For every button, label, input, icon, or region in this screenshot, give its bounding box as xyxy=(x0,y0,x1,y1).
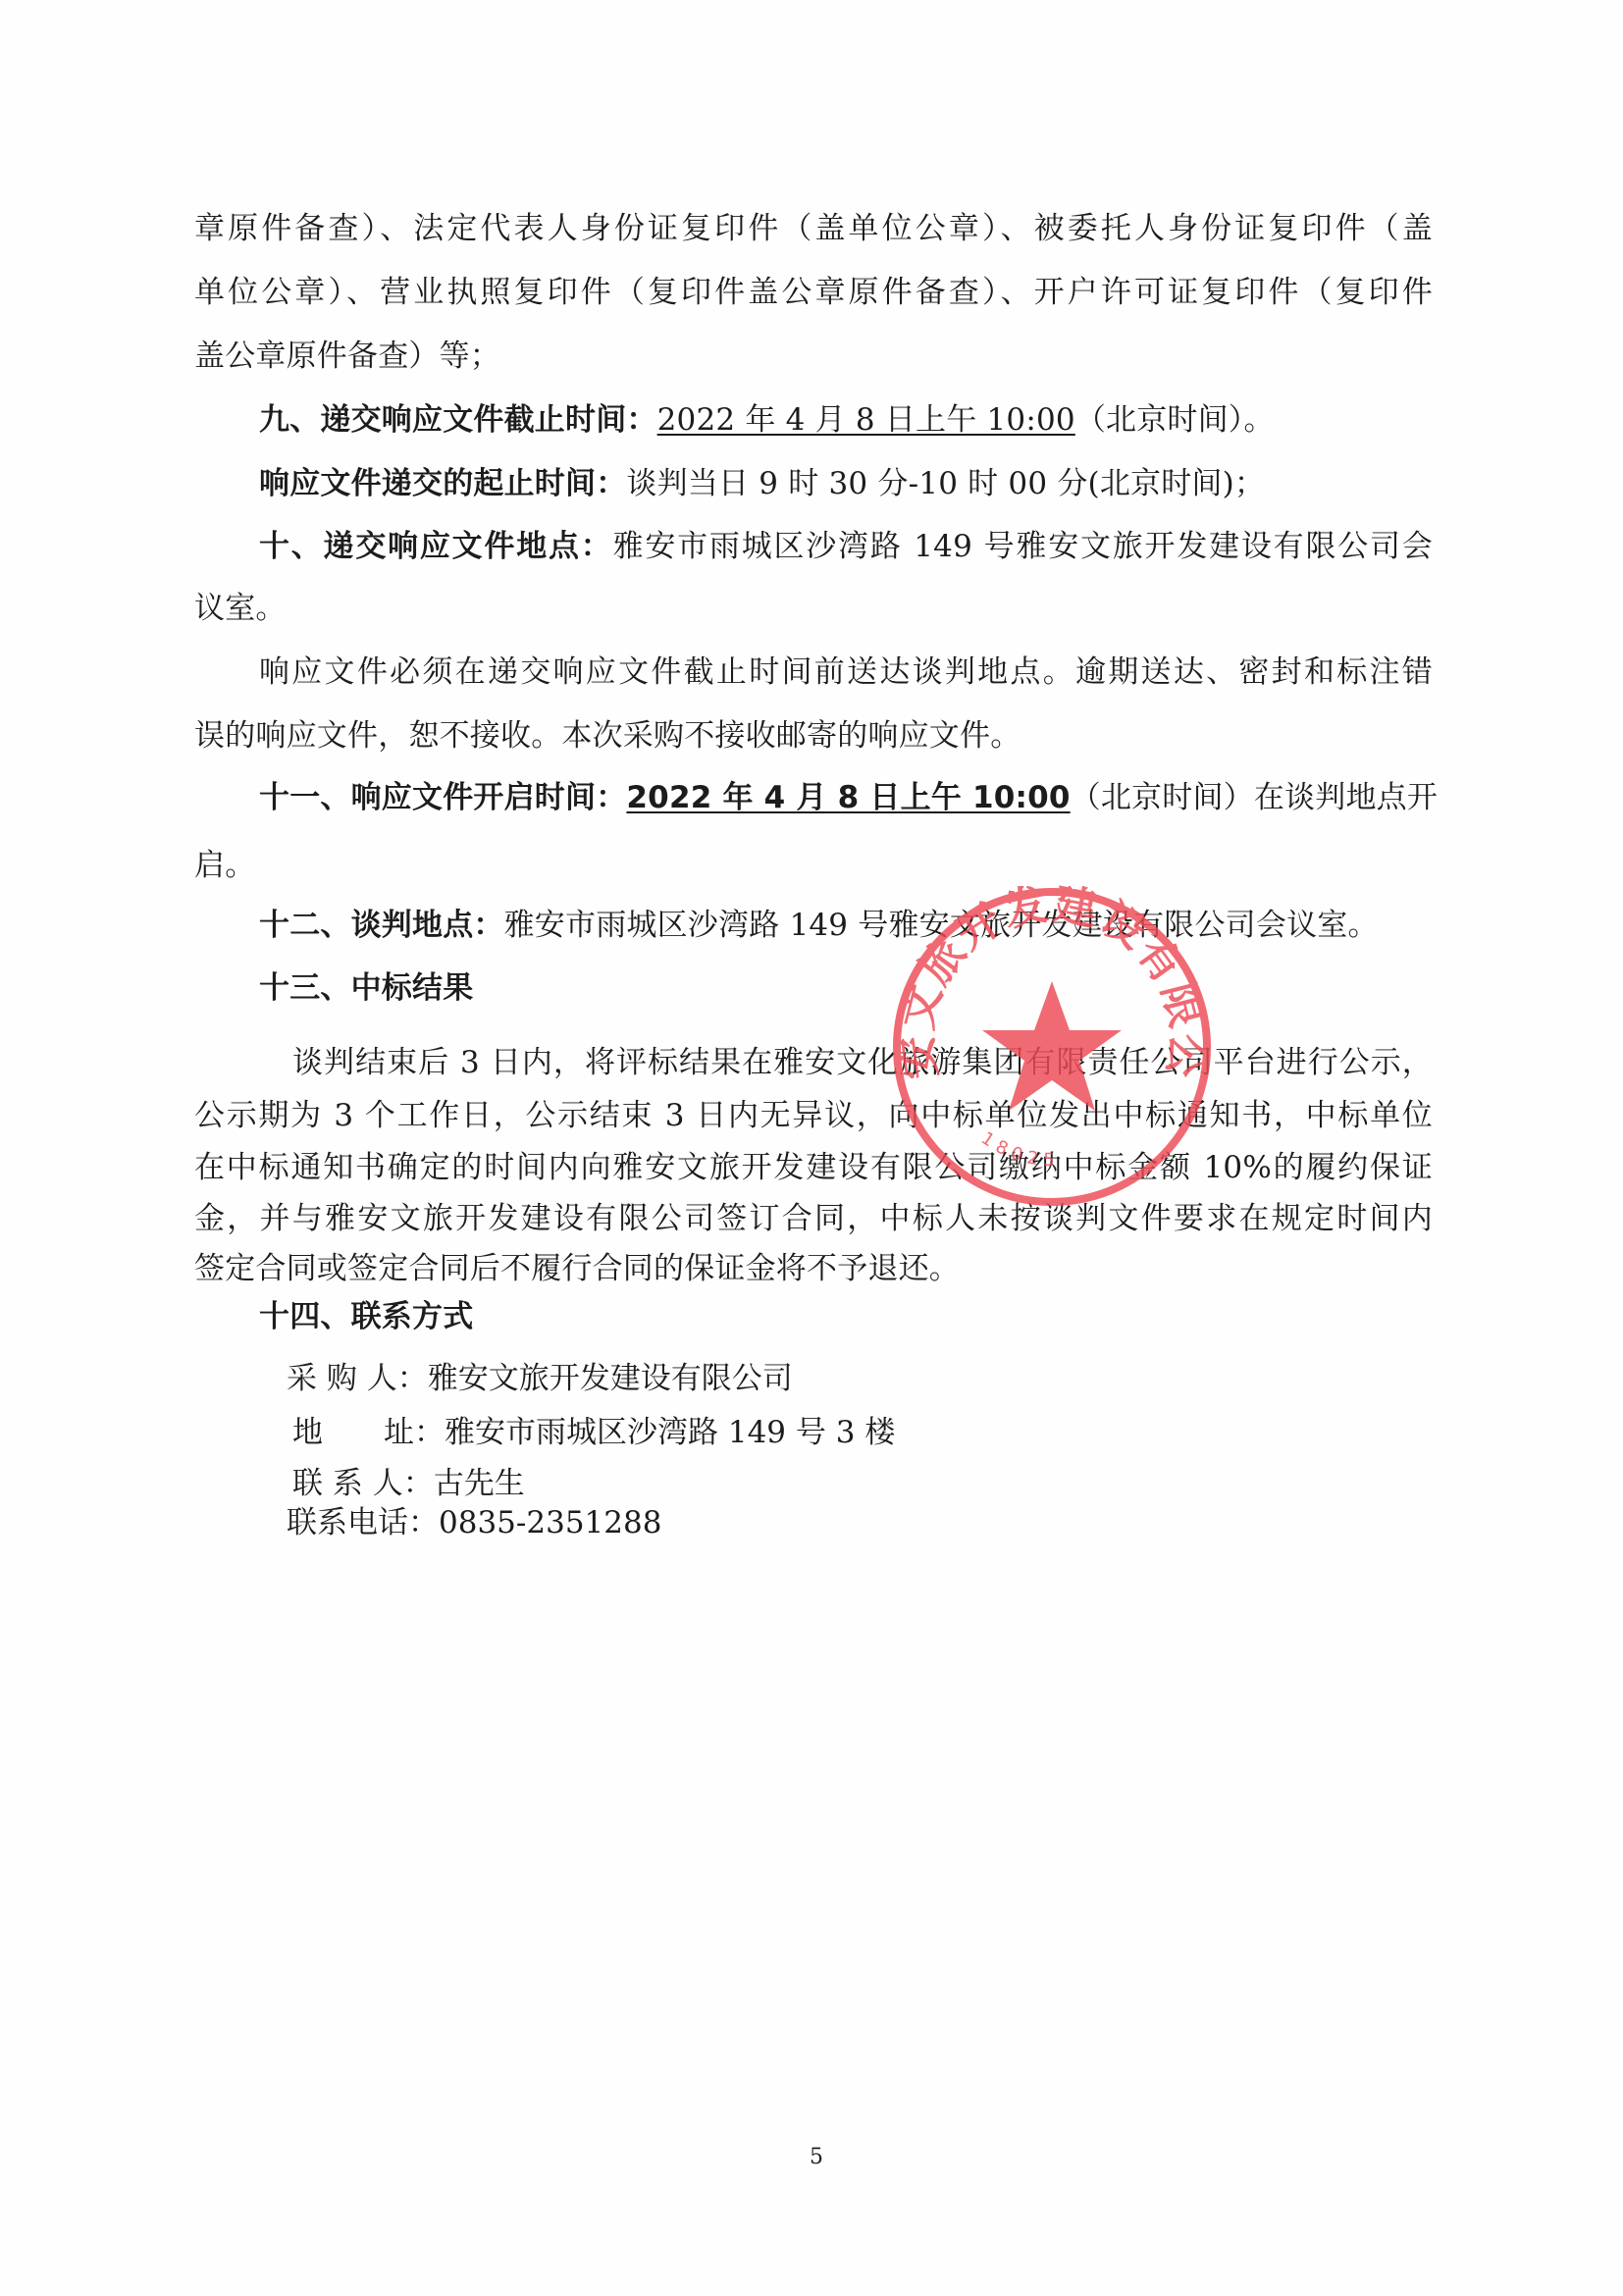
contact-phone: 联系电话：0835-2351288 xyxy=(287,1501,661,1544)
section14-heading: 十四、联系方式 xyxy=(259,1295,1433,1338)
section13-line-4: 金，并与雅安文旅开发建设有限公司签订合同，中标人未按谈判文件要求在规定时间内 xyxy=(194,1197,1433,1240)
section11-suffix: （北京时间）在谈判地点开 xyxy=(1071,780,1438,815)
section10-line-2: 议室。 xyxy=(194,587,1433,630)
section9-deadline: 2022 年 4 月 8 日上午 10:00 xyxy=(657,402,1075,438)
submission-window-value: 谈判当日 9 时 30 分-10 时 00 分(北京时间)； xyxy=(626,466,1265,501)
section13-line-2: 公示期为 3 个工作日，公示结束 3 日内无异议，向中标单位发出中标通知书，中标… xyxy=(194,1094,1433,1137)
section13-heading: 十三、中标结果 xyxy=(259,966,1433,1010)
page-number: 5 xyxy=(805,2145,828,2169)
intro-line-3: 盖公章原件备查）等； xyxy=(194,335,1433,378)
section10-heading: 十、递交响应文件地点： xyxy=(259,529,613,564)
section11-open-time: 2022 年 4 月 8 日上午 10:00 xyxy=(626,780,1070,815)
submission-note-line-2: 误的响应文件，恕不接收。本次采购不接收邮寄的响应文件。 xyxy=(194,714,1433,757)
section9-suffix: （北京时间）。 xyxy=(1075,402,1275,438)
submission-note-line-1: 响应文件必须在递交响应文件截止时间前送达谈判地点。逾期送达、密封和标注错 xyxy=(259,651,1433,694)
document-page: 章原件备查）、法定代表人身份证复印件（盖单位公章）、被委托人身份证复印件（盖 单… xyxy=(0,0,1623,2296)
contact-value: 古先生 xyxy=(434,1466,525,1501)
section13-line-1: 谈判结束后 3 日内，将评标结果在雅安文化旅游集团有限责任公司平台进行公示， xyxy=(292,1041,1433,1084)
contact-label: 联系电话： xyxy=(287,1505,439,1540)
section9-heading: 九、递交响应文件截止时间： xyxy=(259,402,657,438)
contact-label: 联 系 人： xyxy=(292,1466,434,1501)
contact-label: 地 址： xyxy=(292,1415,445,1450)
section10-line-1: 十、递交响应文件地点：雅安市雨城区沙湾路 149 号雅安文旅开发建设有限公司会 xyxy=(259,525,1433,568)
contact-value: 雅安市雨城区沙湾路 149 号 3 楼 xyxy=(445,1415,895,1450)
section10-value: 雅安市雨城区沙湾路 149 号雅安文旅开发建设有限公司会 xyxy=(613,529,1433,564)
submission-window-label: 响应文件递交的起止时间： xyxy=(259,466,626,501)
contact-label: 采 购 人： xyxy=(287,1361,428,1396)
contact-value: 雅安文旅开发建设有限公司 xyxy=(428,1361,793,1396)
contact-purchaser: 采 购 人：雅安文旅开发建设有限公司 xyxy=(287,1357,793,1400)
contact-person: 联 系 人：古先生 xyxy=(292,1462,525,1505)
intro-line-2: 单位公章）、营业执照复印件（复印件盖公章原件备查）、开户许可证复印件（复印件 xyxy=(194,271,1433,314)
section13-line-3: 在中标通知书确定的时间内向雅安文旅开发建设有限公司缴纳中标金额 10%的履约保证 xyxy=(194,1146,1433,1189)
contact-address: 地 址：雅安市雨城区沙湾路 149 号 3 楼 xyxy=(292,1411,895,1454)
submission-window-line: 响应文件递交的起止时间：谈判当日 9 时 30 分-10 时 00 分(北京时间… xyxy=(259,462,1433,505)
contact-value: 0835-2351288 xyxy=(439,1505,661,1540)
section11-line-2: 启。 xyxy=(194,844,1433,887)
section11-line-1: 十一、响应文件开启时间：2022 年 4 月 8 日上午 10:00（北京时间）… xyxy=(259,776,1433,819)
section11-heading: 十一、响应文件开启时间： xyxy=(259,780,626,815)
section12-heading: 十二、谈判地点： xyxy=(259,908,504,943)
section9-line: 九、递交响应文件截止时间：2022 年 4 月 8 日上午 10:00（北京时间… xyxy=(259,398,1433,442)
intro-line-1: 章原件备查）、法定代表人身份证复印件（盖单位公章）、被委托人身份证复印件（盖 xyxy=(194,207,1433,250)
section13-line-5: 签定合同或签定合同后不履行合同的保证金将不予退还。 xyxy=(194,1247,1433,1290)
section12-value: 雅安市雨城区沙湾路 149 号雅安文旅开发建设有限公司会议室。 xyxy=(504,908,1379,943)
section12-line: 十二、谈判地点：雅安市雨城区沙湾路 149 号雅安文旅开发建设有限公司会议室。 xyxy=(259,904,1433,947)
